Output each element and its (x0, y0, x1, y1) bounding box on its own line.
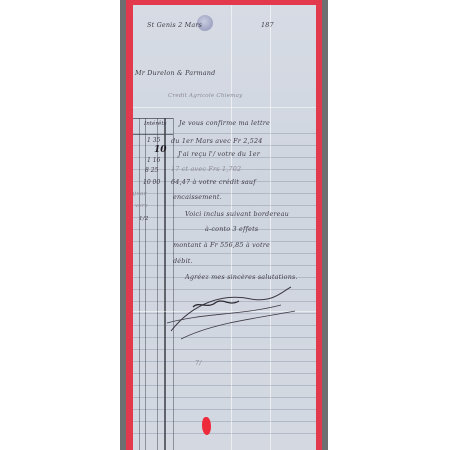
ruled-line (133, 421, 316, 422)
ruled-line (133, 433, 316, 434)
margin-note: ajour (133, 191, 147, 197)
wax-seal-remnant-icon (202, 417, 211, 435)
ruled-line (133, 205, 316, 206)
ledger-column-rule (139, 118, 140, 450)
ledger-entry: 8 25 (145, 167, 158, 174)
margin-note: 1/2 (139, 216, 149, 222)
body-line: montant à Fr 556,85 à votre (173, 241, 270, 249)
body-line: 17 ct avec Frs 1,702 (171, 165, 241, 173)
ledger-entry: 1 16 (147, 157, 160, 164)
ruled-line (133, 349, 316, 350)
place-date: St Genis 2 Mars (147, 21, 202, 29)
ruled-line (133, 397, 316, 398)
body-line: J'ai reçu l'/ votre du 1er (178, 150, 260, 158)
paper-fold (270, 5, 271, 450)
body-line: encaissement. (173, 193, 222, 201)
ledger-header: Intérêts (144, 121, 166, 127)
ledger-entry: 10 00 (143, 179, 160, 186)
footer-note: 7/ (195, 359, 202, 367)
addressee-line-2: Credit Agricole Chiemay (168, 93, 243, 99)
year: 187 (261, 21, 274, 29)
addressee-line-1: Mr Durelon & Parmand (135, 69, 215, 77)
letter-paper: St Genis 2 Mars 187 Mr Durelon & Parmand… (133, 5, 316, 450)
body-line: 64,47 à votre crédit sauf (171, 178, 256, 186)
margin-note: vers (135, 203, 148, 209)
paper-fold (133, 107, 316, 108)
body-line: du 1er Mars avec Fr 2,524 (171, 137, 263, 145)
body-line: débit. (173, 257, 193, 265)
body-line: Je vous confirme ma lettre (179, 119, 270, 127)
ledger-entry: 10 (154, 145, 167, 155)
ruled-line (133, 361, 316, 362)
body-line: à-conto 3 effets (205, 225, 258, 233)
ruled-line (133, 385, 316, 386)
body-line: Agréez mes sincères salutations. (185, 273, 298, 281)
ruled-line (133, 409, 316, 410)
ruled-line (133, 253, 316, 254)
body-line: Voici inclus suivant bordereau (185, 210, 289, 218)
ruled-line (133, 265, 316, 266)
signature-flourish (163, 283, 303, 343)
ledger-entry: 1 35 (147, 137, 160, 144)
ruled-line (133, 373, 316, 374)
ruled-line (133, 193, 316, 194)
